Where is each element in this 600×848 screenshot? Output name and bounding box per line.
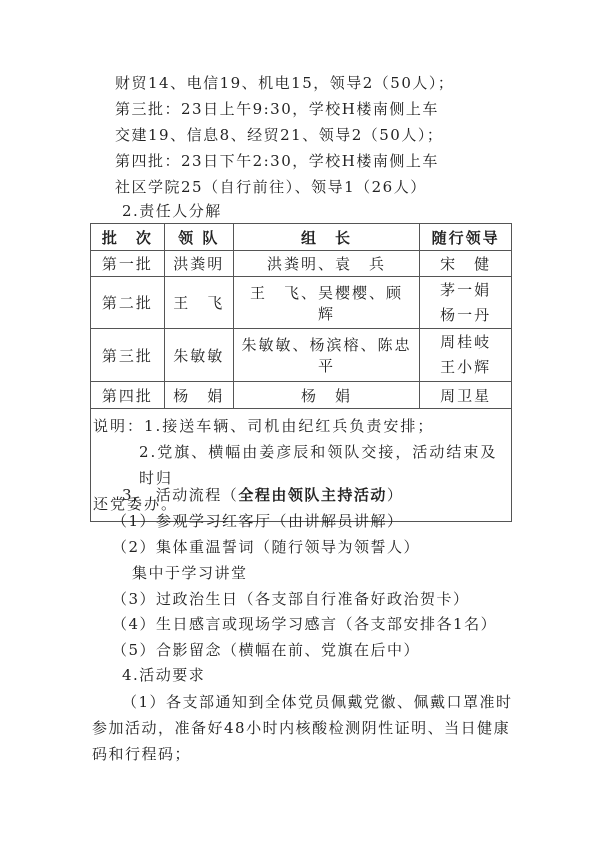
table-header-row: 批 次 领 队 组 长 随行领导 [91,224,512,251]
schedule-line: 财贸14、电信19、机电15，领导2（50人）； [115,73,454,93]
requirement-line: 参加活动，准备好48小时内核酸检测阴性证明、当日健康 [92,718,510,738]
requirement-line: （1）各支部通知到全体党员佩戴党徽、佩戴口罩准时 [122,692,513,712]
cell-group: 洪粪明、袁 兵 [233,251,419,277]
cell-group: 杨 娟 [233,382,419,409]
escort-name: 王小辉 [420,355,511,380]
flow-item: （1）参观学习红客厅（由讲解员讲解） [112,511,404,531]
cell-leader: 杨 娟 [164,382,233,409]
flow-item: （3）过政治生日（各支部自行准备好政治贺卡） [112,589,470,609]
section-3-title: 3. 活动流程（全程由领队主持活动） [122,485,403,505]
header-batch: 批 次 [91,224,165,251]
note-line: 2.党旗、横幅由姜彦辰和领队交接，活动结束及时归 [93,439,509,491]
flow-item: （2）集体重温誓词（随行领导为领誓人） [112,537,420,557]
cell-leader: 朱敏敏 [164,329,233,382]
section-3-suffix: ） [387,486,404,504]
cell-batch: 第一批 [91,251,165,277]
schedule-line: 社区学院25（自行前往）、领导1（26人） [115,177,427,197]
cell-group: 朱敏敏、杨滨榕、陈忠平 [233,329,419,382]
cell-escort: 宋 健 [420,251,512,277]
flow-item: 集中于学习讲堂 [132,563,248,583]
header-group-leader: 组 长 [233,224,419,251]
section-2-title: 2.责任人分解 [122,201,222,221]
cell-batch: 第三批 [91,329,165,382]
cell-group: 王 飞、吴樱樱、顾 辉 [233,277,419,329]
table-row: 第二批 王 飞 王 飞、吴樱樱、顾 辉 茅一娟 杨一丹 [91,277,512,329]
escort-name: 周桂岐 [420,330,511,355]
table-row: 第三批 朱敏敏 朱敏敏、杨滨榕、陈忠平 周桂岐 王小辉 [91,329,512,382]
escort-name: 杨一丹 [420,303,511,328]
table-row: 第四批 杨 娟 杨 娟 周卫星 [91,382,512,409]
cell-escort: 周卫星 [420,382,512,409]
section-4-title: 4.活动要求 [122,665,205,685]
schedule-line: 第三批：23日上午9:30，学校H楼南侧上车 [115,99,439,119]
header-leader: 领 队 [164,224,233,251]
note-line: 说明：1.接送车辆、司机由纪红兵负责安排； [93,413,509,439]
flow-item: （5）合影留念（横幅在前、党旗在后中） [112,640,420,660]
schedule-line: 交建19、信息8、经贸21、领导2（50人）； [115,125,443,145]
escort-name: 茅一娟 [420,278,511,303]
cell-batch: 第四批 [91,382,165,409]
header-escort: 随行领导 [420,224,512,251]
requirement-line: 码和行程码； [92,744,191,764]
flow-item: （4）生日感言或现场学习感言（各支部安排各1名） [112,614,497,634]
section-3-prefix: 3. 活动流程（ [122,486,238,504]
cell-escort: 周桂岐 王小辉 [420,329,512,382]
cell-batch: 第二批 [91,277,165,329]
schedule-line: 第四批：23日下午2:30，学校H楼南侧上车 [115,151,439,171]
table-row: 第一批 洪粪明 洪粪明、袁 兵 宋 健 [91,251,512,277]
responsibility-table: 批 次 领 队 组 长 随行领导 第一批 洪粪明 洪粪明、袁 兵 宋 健 第二批… [90,223,512,522]
cell-escort: 茅一娟 杨一丹 [420,277,512,329]
cell-leader: 洪粪明 [164,251,233,277]
cell-leader: 王 飞 [164,277,233,329]
section-3-bold: 全程由领队主持活动 [238,486,387,504]
